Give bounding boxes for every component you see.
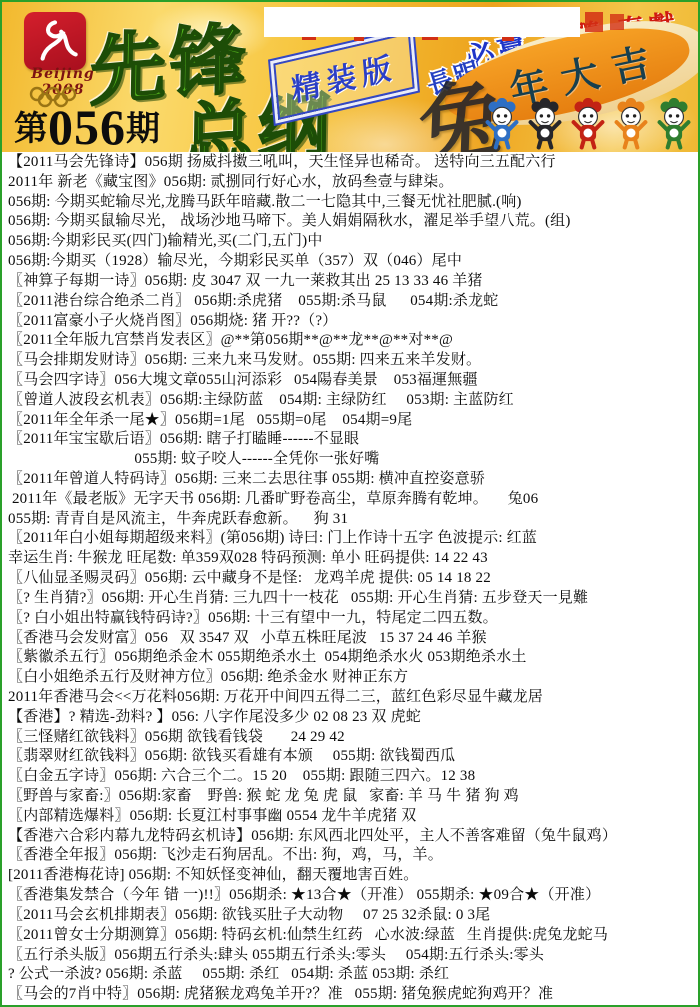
tip-line-20: 〖2011年白小姐每期超级来料〗(第056期) 诗曰: 门上作诗十五字 色波提示… — [8, 529, 692, 549]
issue-number-digits: 056 — [48, 99, 126, 152]
masthead: Beijing 2008 先锋 总纲 第056期 精装版 必赢 精髓 奉獻 長跟 — [2, 2, 698, 152]
tip-line-4: 056期: 今期买鼠输尽光， 战场沙地马啼下。美人娟娟隔秋水，濯足举手望八荒。(… — [8, 212, 692, 232]
tip-line-29: 【香港】? 精选-劲料? 】056: 八字作尾没多少 02 08 23 双 虎蛇 — [8, 708, 692, 728]
lottery-tip-sheet: Beijing 2008 先锋 总纲 第056期 精装版 必赢 精髓 奉獻 長跟 — [0, 0, 700, 1007]
tip-line-24: 〖? 白小姐出特赢钱特码诗?〗056期: 十三有望中一九，特尾定二四五数。 — [8, 609, 692, 629]
tip-line-13: 〖曾道人波段玄机表〗056期:主绿防蓝 054期: 主绿防红 053期: 主蓝防… — [8, 391, 692, 411]
tip-line-3: 056期: 今期买蛇输尽光,龙腾马跃年暗藏.散二一七隐其中,三餐无忧社肥腻.(响… — [8, 193, 692, 213]
tip-line-22: 〖八仙显圣赐灵码〗056期: 云中藏身不是怪: 龙鸡羊虎 提供: 05 14 1… — [8, 569, 692, 589]
tip-line-36: 〖香港全年报〗056期: 飞沙走石狗居乱。不出: 狗，鸡，马，羊。 — [8, 846, 692, 866]
tip-line-39: 〖2011马会玄机排期表〗056期: 欲钱买肚子大动物 07 25 32杀鼠: … — [8, 906, 692, 926]
tip-line-11: 〖马会排期发财诗〗056期: 三来九来马发财。055期: 四来五来羊发财。 — [8, 351, 692, 371]
tip-line-8: 〖2011港台综合绝杀二肖〗 056期:杀虎猪 055期:杀马鼠 054期:杀龙… — [8, 292, 692, 312]
tip-line-16: 055期: 蚊子咬人------全凭你一张好嘴 — [8, 450, 692, 470]
tip-line-5: 056期:今期彩民买(四门)输精光,买(二门,五门)中 — [8, 232, 692, 252]
tip-line-9: 〖2011富豪小子火烧肖图〗056期烧: 猪 开??（?） — [8, 312, 692, 332]
blanked-region — [264, 7, 580, 37]
tip-line-14: 〖2011年全年杀一尾★〗056期=1尾 055期=0尾 054期=9尾 — [8, 411, 692, 431]
tip-line-41: 〖五行杀头版〗056期五行杀头:肆头 055期五行杀头:零头 054期:五行杀头… — [8, 946, 692, 966]
tip-line-17: 〖2011年曾道人特码诗〗056期: 三来二去思往事 055期: 横冲直控姿意骄 — [8, 470, 692, 490]
tip-line-25: 〖香港马会发财富〗056 双 3547 双 小草五株旺尾波 15 37 24 4… — [8, 629, 692, 649]
tip-line-37: [2011香港梅花诗] 056期: 不知妖怪变神仙，翻天覆地害百姓。 — [8, 866, 692, 886]
tip-line-23: 〖? 生肖猜?〗056期: 开心生肖猜: 三九四十一枝花 055期: 开心生肖猜… — [8, 589, 692, 609]
tip-line-15: 〖2011年宝宝歇后语〗056期: 瞎子打瞌睡------不显眼 — [8, 430, 692, 450]
tip-line-26: 〖紫徽杀五行〗056期绝杀金木 055期绝杀水土 054期绝杀水火 053期绝杀… — [8, 648, 692, 668]
tip-line-30: 〖三怪赌红欲钱料〗056期 欲钱看钱袋 24 29 42 — [8, 728, 692, 748]
tip-line-27: 〖白小姐绝杀五行及财神方位〗056期: 绝杀金水 财神正东方 — [8, 668, 692, 688]
dancing-beijing-seal-icon — [24, 12, 86, 70]
fuwa-mascot-icon-5 — [656, 98, 692, 150]
fuwa-mascot-icon-2 — [527, 98, 563, 150]
tip-line-32: 〖白金五字诗〗056期: 六合三个二。15 20 055期: 跟随三四六。12 … — [8, 767, 692, 787]
tip-line-35: 【香港六合彩内幕九龙特码玄机诗】056期: 东风西北四处平，主人不善客难留（兔牛… — [8, 827, 692, 847]
tip-line-43: 〖马会的7肖中特〗056期: 虎猪猴龙鸡兔羊开?？准 055期: 猪兔猴虎蛇狗鸡… — [8, 985, 692, 1005]
tip-line-42: ? 公式一杀波? 056期: 杀蓝 055期: 杀红 054期: 杀蓝 053期… — [8, 965, 692, 985]
tip-line-6: 056期:今期买（1928）输尽光，今期彩民买单（357）双（046）尾中 — [8, 252, 692, 272]
fuwa-mascots — [484, 98, 692, 150]
fuwa-mascot-icon-3 — [570, 98, 606, 150]
fuwa-mascot-icon-1 — [484, 98, 520, 150]
tip-line-21: 幸运生肖: 牛猴龙 旺尾数: 单359双028 特码预测: 单小 旺码提供: 1… — [8, 549, 692, 569]
tip-line-10: 〖2011全年版九宫禁肖发表区〗@**第056期**@**龙**@**对**@ — [8, 331, 692, 351]
tip-line-1: 【2011马会先锋诗】056期 扬威抖擞三吼叫，天生怪异也稀奇。 送特向三五配六… — [8, 153, 692, 173]
tip-line-34: 〖内部精选爆料〗056期: 长夏江村事事幽 0554 龙牛羊虎猪 双 — [8, 807, 692, 827]
tip-line-31: 〖翡翠财红欲钱料〗056期: 欲钱买看雄有本颁 055期: 欲钱蜀西瓜 — [8, 747, 692, 767]
tip-line-12: 〖马会四字诗〗056大塊文章055山河添彩 054陽春美景 053福運無疆 — [8, 371, 692, 391]
tip-line-40: 〖2011曾女士分期测算〗056期: 特码玄机:仙禁生红药 心水波:绿蓝 生肖提… — [8, 926, 692, 946]
tip-line-38: 〖香港集发禁合（今年 错 一)!!〗056期杀: ★13合★（开准） 055期杀… — [8, 886, 692, 906]
deluxe-edition-stamp: 精装版 — [273, 32, 414, 120]
tip-line-18: 2011年《最老版》无字天书 056期: 几番旷野卷高尘，草原奔腾有乾坤。 兔0… — [8, 490, 692, 510]
fuwa-mascot-icon-4 — [613, 98, 649, 150]
red-text-fragment — [610, 14, 624, 30]
tip-line-19: 055期: 青青自是风流主，牛奔虎跃春愈新。 狗 31 — [8, 510, 692, 530]
tip-line-7: 〖神算子每期一诗〗056期: 皮 3047 双 一九一莱救其出 25 13 33… — [8, 272, 692, 292]
tip-line-33: 〖野兽与家畜:〗056期:家畜 野兽: 猴 蛇 龙 兔 虎 鼠 家畜: 羊 马 … — [8, 787, 692, 807]
tip-line-28: 2011年香港马会<<万花料056期: 万花开中间四五得二三，蓝红色彩尽显牛藏龙… — [8, 688, 692, 708]
issue-number: 第056期 — [14, 98, 160, 152]
red-text-fragment — [585, 12, 603, 32]
tip-line-2: 2011年 新老《藏宝图》056期: 贰捌同行好心水，放码叁壹与肆柒。 — [8, 173, 692, 193]
tips-list: 【2011马会先锋诗】056期 扬威抖擞三吼叫，天生怪异也稀奇。 送特向三五配六… — [2, 152, 698, 1005]
